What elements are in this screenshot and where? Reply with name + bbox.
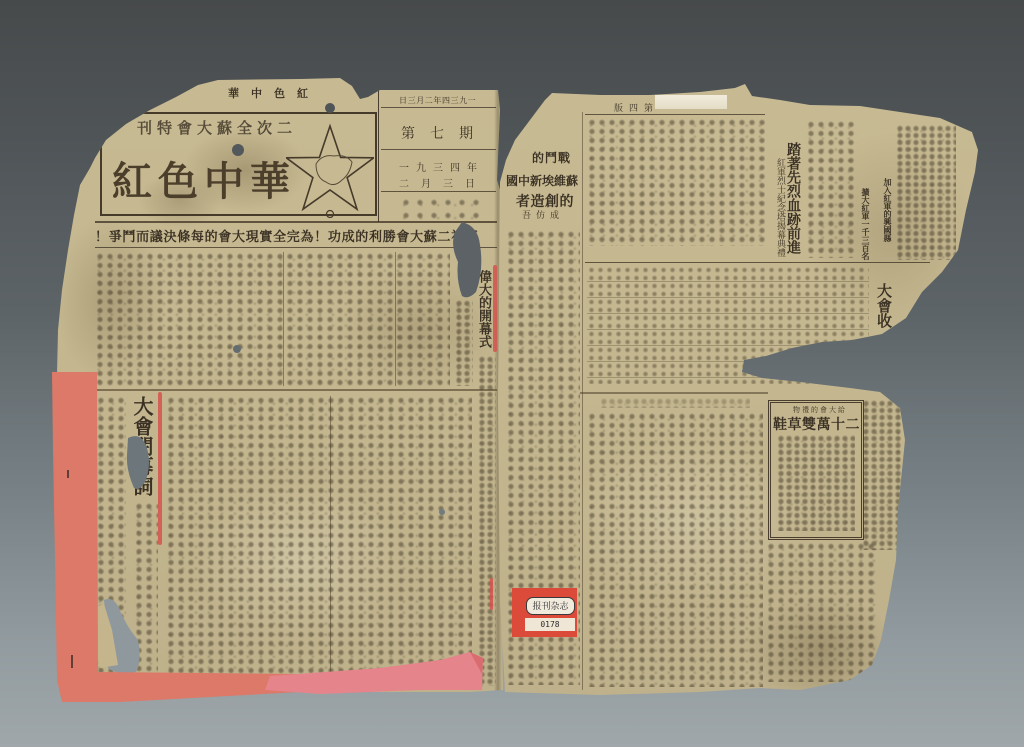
paper-hole <box>453 222 481 297</box>
paper-hole <box>325 103 335 113</box>
photo-scene: 紅色中華 二次全蘇大會特刊 紅色中華 一九三四年二月三日 第七期 一九三四年 二… <box>0 0 1024 747</box>
paper-hole <box>232 144 244 156</box>
archive-label-number: 0178 <box>525 618 575 631</box>
paper-hole <box>233 345 241 353</box>
repair-strip-pink <box>265 652 483 694</box>
repair-strip-vertical <box>52 372 330 702</box>
archive-label-category: 报刊杂志 <box>526 597 575 615</box>
paper-hole <box>439 509 445 515</box>
archive-label: 报刊杂志 0178 <box>512 588 577 637</box>
paper-hole <box>127 436 149 489</box>
